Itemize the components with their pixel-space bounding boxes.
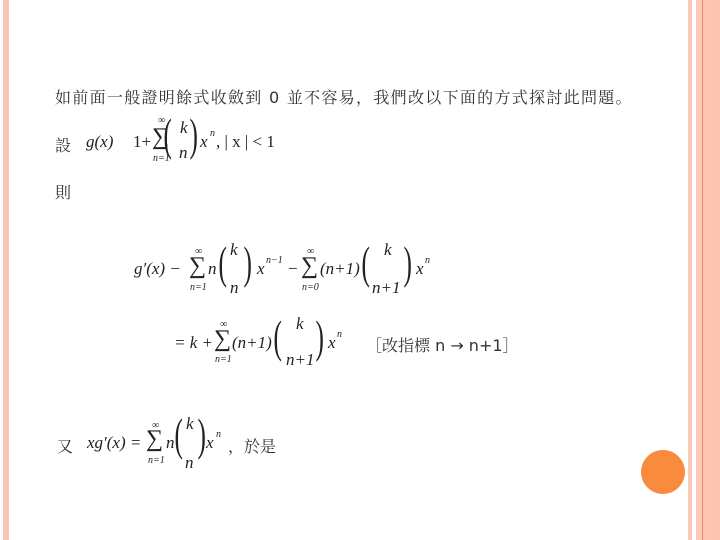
left-paren-icon: ( [273, 310, 281, 363]
also-tail: ，於是 [228, 434, 276, 457]
then-label: 則 [55, 180, 71, 203]
deriv-exp2: n [425, 255, 430, 266]
define-label: 設 [55, 133, 71, 156]
deriv-lhs: g′(x) − [134, 259, 181, 279]
right-paren-icon: ) [197, 408, 205, 461]
right-paren-icon: ) [403, 236, 411, 289]
def-one-plus: 1+ [133, 132, 151, 152]
binom-top: k [180, 118, 188, 138]
def-condition: , | x | < 1 [216, 132, 275, 152]
left-paren-icon: ( [174, 408, 182, 461]
left-paren-icon: ( [361, 236, 369, 289]
right-border-stripe-5 [708, 0, 720, 540]
binom3-bottom: n+1 [286, 350, 314, 370]
deriv-coef2: (n+1) [320, 259, 360, 279]
deriv-term2: x [416, 259, 424, 279]
binom1-bottom: n [230, 278, 239, 298]
right-border-stripe-1 [688, 0, 692, 540]
sigma-icon: ∑ [146, 426, 163, 453]
binom4-top: k [186, 414, 194, 434]
def-term: x [200, 132, 208, 152]
line2-exp: n [337, 329, 342, 340]
also-exp: n [216, 429, 221, 440]
sum3-lower: n=1 [215, 354, 232, 365]
def-lhs: g(x) [86, 132, 113, 152]
binom2-bottom: n+1 [372, 278, 400, 298]
sum2-lower: n=0 [302, 282, 319, 293]
deriv-exp1: n−1 [266, 255, 283, 266]
deriv-coef1: n [208, 259, 217, 279]
right-border-line [702, 0, 703, 540]
also-coef: n [166, 433, 175, 453]
right-paren-icon: ) [243, 236, 251, 289]
binom-bottom: n [179, 143, 188, 163]
deriv-minus: − [288, 259, 298, 279]
left-border-stripe [3, 0, 9, 540]
also-lhs: xg′(x) = [87, 433, 141, 453]
binom1-top: k [230, 240, 238, 260]
right-paren-icon: ) [189, 108, 197, 161]
sigma-icon: ∑ [214, 326, 231, 353]
right-paren-icon: ) [315, 310, 323, 363]
also-term: x [206, 433, 214, 453]
sum1-lower: n=1 [190, 282, 207, 293]
sigma-icon: ∑ [301, 253, 318, 280]
left-paren-icon: ( [163, 108, 171, 161]
binom4-bottom: n [185, 453, 194, 473]
left-paren-icon: ( [218, 236, 226, 289]
decorative-circle [641, 450, 685, 494]
binom3-top: k [296, 314, 304, 334]
line2-eq: = k + [174, 333, 213, 353]
also-label: 又 [57, 434, 73, 457]
reindex-note: ［改指標 n → n+1］ [366, 333, 519, 356]
line2-coef: (n+1) [232, 333, 272, 353]
sigma-icon: ∑ [189, 253, 206, 280]
def-term-exp: n [210, 128, 215, 139]
deriv-term1: x [257, 259, 265, 279]
line2-term: x [328, 333, 336, 353]
intro-text: 如前面一般證明餘式收斂到 0 並不容易，我們改以下面的方式探討此問題。 [55, 85, 633, 108]
binom2-top: k [384, 240, 392, 260]
sum4-lower: n=1 [148, 455, 165, 466]
